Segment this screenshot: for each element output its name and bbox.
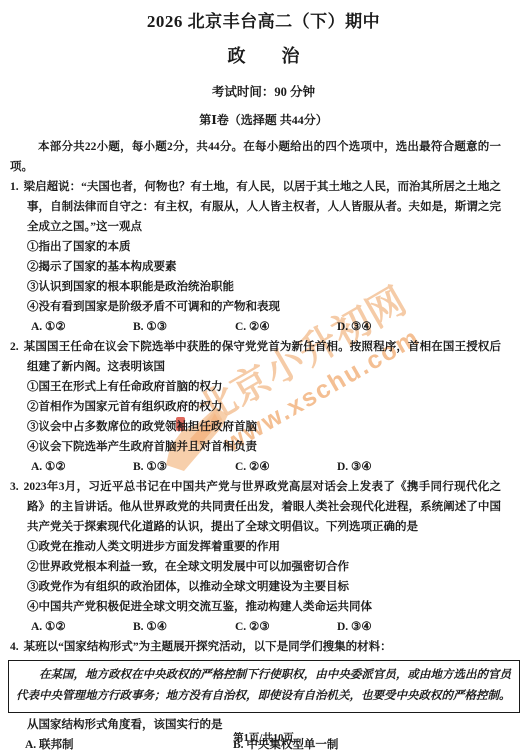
question-1: 1.梁启超说：“夫国也者，何物也？有土地，有人民，以居于其土地之人民，而治其所居… bbox=[10, 177, 501, 337]
statement-4: ④议会下院选举产生政府首脑并且对首相负责 bbox=[27, 437, 501, 457]
exam-header: 2026 北京丰台高二（下）期中 政 治 考试时间：90 分钟 第Ⅰ卷（选择题 … bbox=[0, 0, 527, 128]
question-stem: 2.某国国王任命在议会下院选举中获胜的保守党党首为新任首相。按照程序，首相在国王… bbox=[10, 337, 501, 377]
question-2: 2.某国国王任命在议会下院选举中获胜的保守党党首为新任首相。按照程序，首相在国王… bbox=[10, 337, 501, 477]
option-c: C. ②④ bbox=[235, 317, 337, 337]
statement-4: ④中国共产党积极促进全球文明交流互鉴，推动构建人类命运共同体 bbox=[27, 597, 501, 617]
question-stem-text: 某国国王任命在议会下院选举中获胜的保守党党首为新任首相。按照程序，首相在国王授权… bbox=[24, 341, 501, 373]
exam-paper-page: 北京小升初网 www.xschu.com 2026 北京丰台高二（下）期中 政 … bbox=[0, 0, 527, 754]
question-stem-text: 2023年3月，习近平总书记在中国共产党与世界政党高层对话会上发表了《携手同行现… bbox=[24, 481, 501, 533]
question-stem: 1.梁启超说：“夫国也者，何物也？有土地，有人民，以居于其土地之人民，而治其所居… bbox=[10, 177, 501, 237]
question-3: 3.2023年3月，习近平总书记在中国共产党与世界政党高层对话会上发表了《携手同… bbox=[10, 477, 501, 637]
page-number-footer: 第1页/共10页 bbox=[0, 730, 527, 745]
option-d: D. ③④ bbox=[337, 457, 372, 477]
section-instructions: 本部分共22小题，每小题2分，共44分。在每小题给出的四个选项中，选出最符合题意… bbox=[10, 137, 501, 177]
question-number: 4. bbox=[10, 641, 19, 653]
statement-4: ④没有看到国家是阶级矛盾不可调和的产物和表现 bbox=[27, 297, 501, 317]
statement-1: ①指出了国家的本质 bbox=[27, 237, 501, 257]
option-b: B. ①③ bbox=[133, 317, 235, 337]
statement-1: ①国王在形式上有任命政府首脑的权力 bbox=[27, 377, 501, 397]
exam-body: 本部分共22小题，每小题2分，共44分。在每小题给出的四个选项中，选出最符合题意… bbox=[0, 137, 527, 754]
statement-1: ①政党在推动人类文明进步方面发挥着重要的作用 bbox=[27, 537, 501, 557]
material-box: 在某国，地方政权在中央政权的严格控制下行使职权，由中央委派官员，或由地方选出的官… bbox=[8, 660, 520, 713]
option-c: C. ②③ bbox=[235, 617, 337, 637]
exam-subject: 政 治 bbox=[0, 42, 527, 68]
statement-3: ③政党作为有组织的政治团体，以推动全球文明建设为主要目标 bbox=[27, 577, 501, 597]
question-stem: 3.2023年3月，习近平总书记在中国共产党与世界政党高层对话会上发表了《携手同… bbox=[10, 477, 501, 537]
statement-2: ②揭示了国家的基本构成要素 bbox=[27, 257, 501, 277]
question-number: 3. bbox=[10, 481, 19, 493]
option-a: A. ①② bbox=[31, 617, 133, 637]
question-number: 1. bbox=[10, 181, 19, 193]
exam-title: 2026 北京丰台高二（下）期中 bbox=[0, 7, 527, 32]
statement-2: ②首相作为国家元首有组织政府的权力 bbox=[27, 397, 501, 417]
section-title: 第Ⅰ卷（选择题 共44分） bbox=[0, 111, 527, 128]
option-b: B. ①③ bbox=[133, 457, 235, 477]
statement-3: ③认识到国家的根本职能是政治统治职能 bbox=[27, 277, 501, 297]
options-row: A. ①②B. ①④C. ②③D. ③④ bbox=[31, 617, 501, 637]
question-stem: 4.某班以“国家结构形式”为主题展开探究活动，以下是同学们搜集的材料： bbox=[10, 637, 501, 657]
options-row: A. ①②B. ①③C. ②④D. ③④ bbox=[31, 457, 501, 477]
options-row: A. ①②B. ①③C. ②④D. ③④ bbox=[31, 317, 501, 337]
exam-duration: 考试时间：90 分钟 bbox=[0, 82, 527, 100]
option-d: D. ③④ bbox=[337, 617, 372, 637]
option-b: B. ①④ bbox=[133, 617, 235, 637]
option-a: A. ①② bbox=[31, 317, 133, 337]
option-c: C. ②④ bbox=[235, 457, 337, 477]
option-d: D. ③④ bbox=[337, 317, 372, 337]
question-number: 2. bbox=[10, 341, 19, 353]
statement-2: ②世界政党根本利益一致，在全球文明发展中可以加强密切合作 bbox=[27, 557, 501, 577]
question-stem-text: 某班以“国家结构形式”为主题展开探究活动，以下是同学们搜集的材料： bbox=[24, 641, 392, 653]
question-stem-text: 梁启超说：“夫国也者，何物也？有土地，有人民，以居于其土地之人民，而治其所居之土… bbox=[24, 181, 501, 233]
option-a: A. ①② bbox=[31, 457, 133, 477]
statement-3: ③议会中占多数席位的政党领袖担任政府首脑 bbox=[27, 417, 501, 437]
